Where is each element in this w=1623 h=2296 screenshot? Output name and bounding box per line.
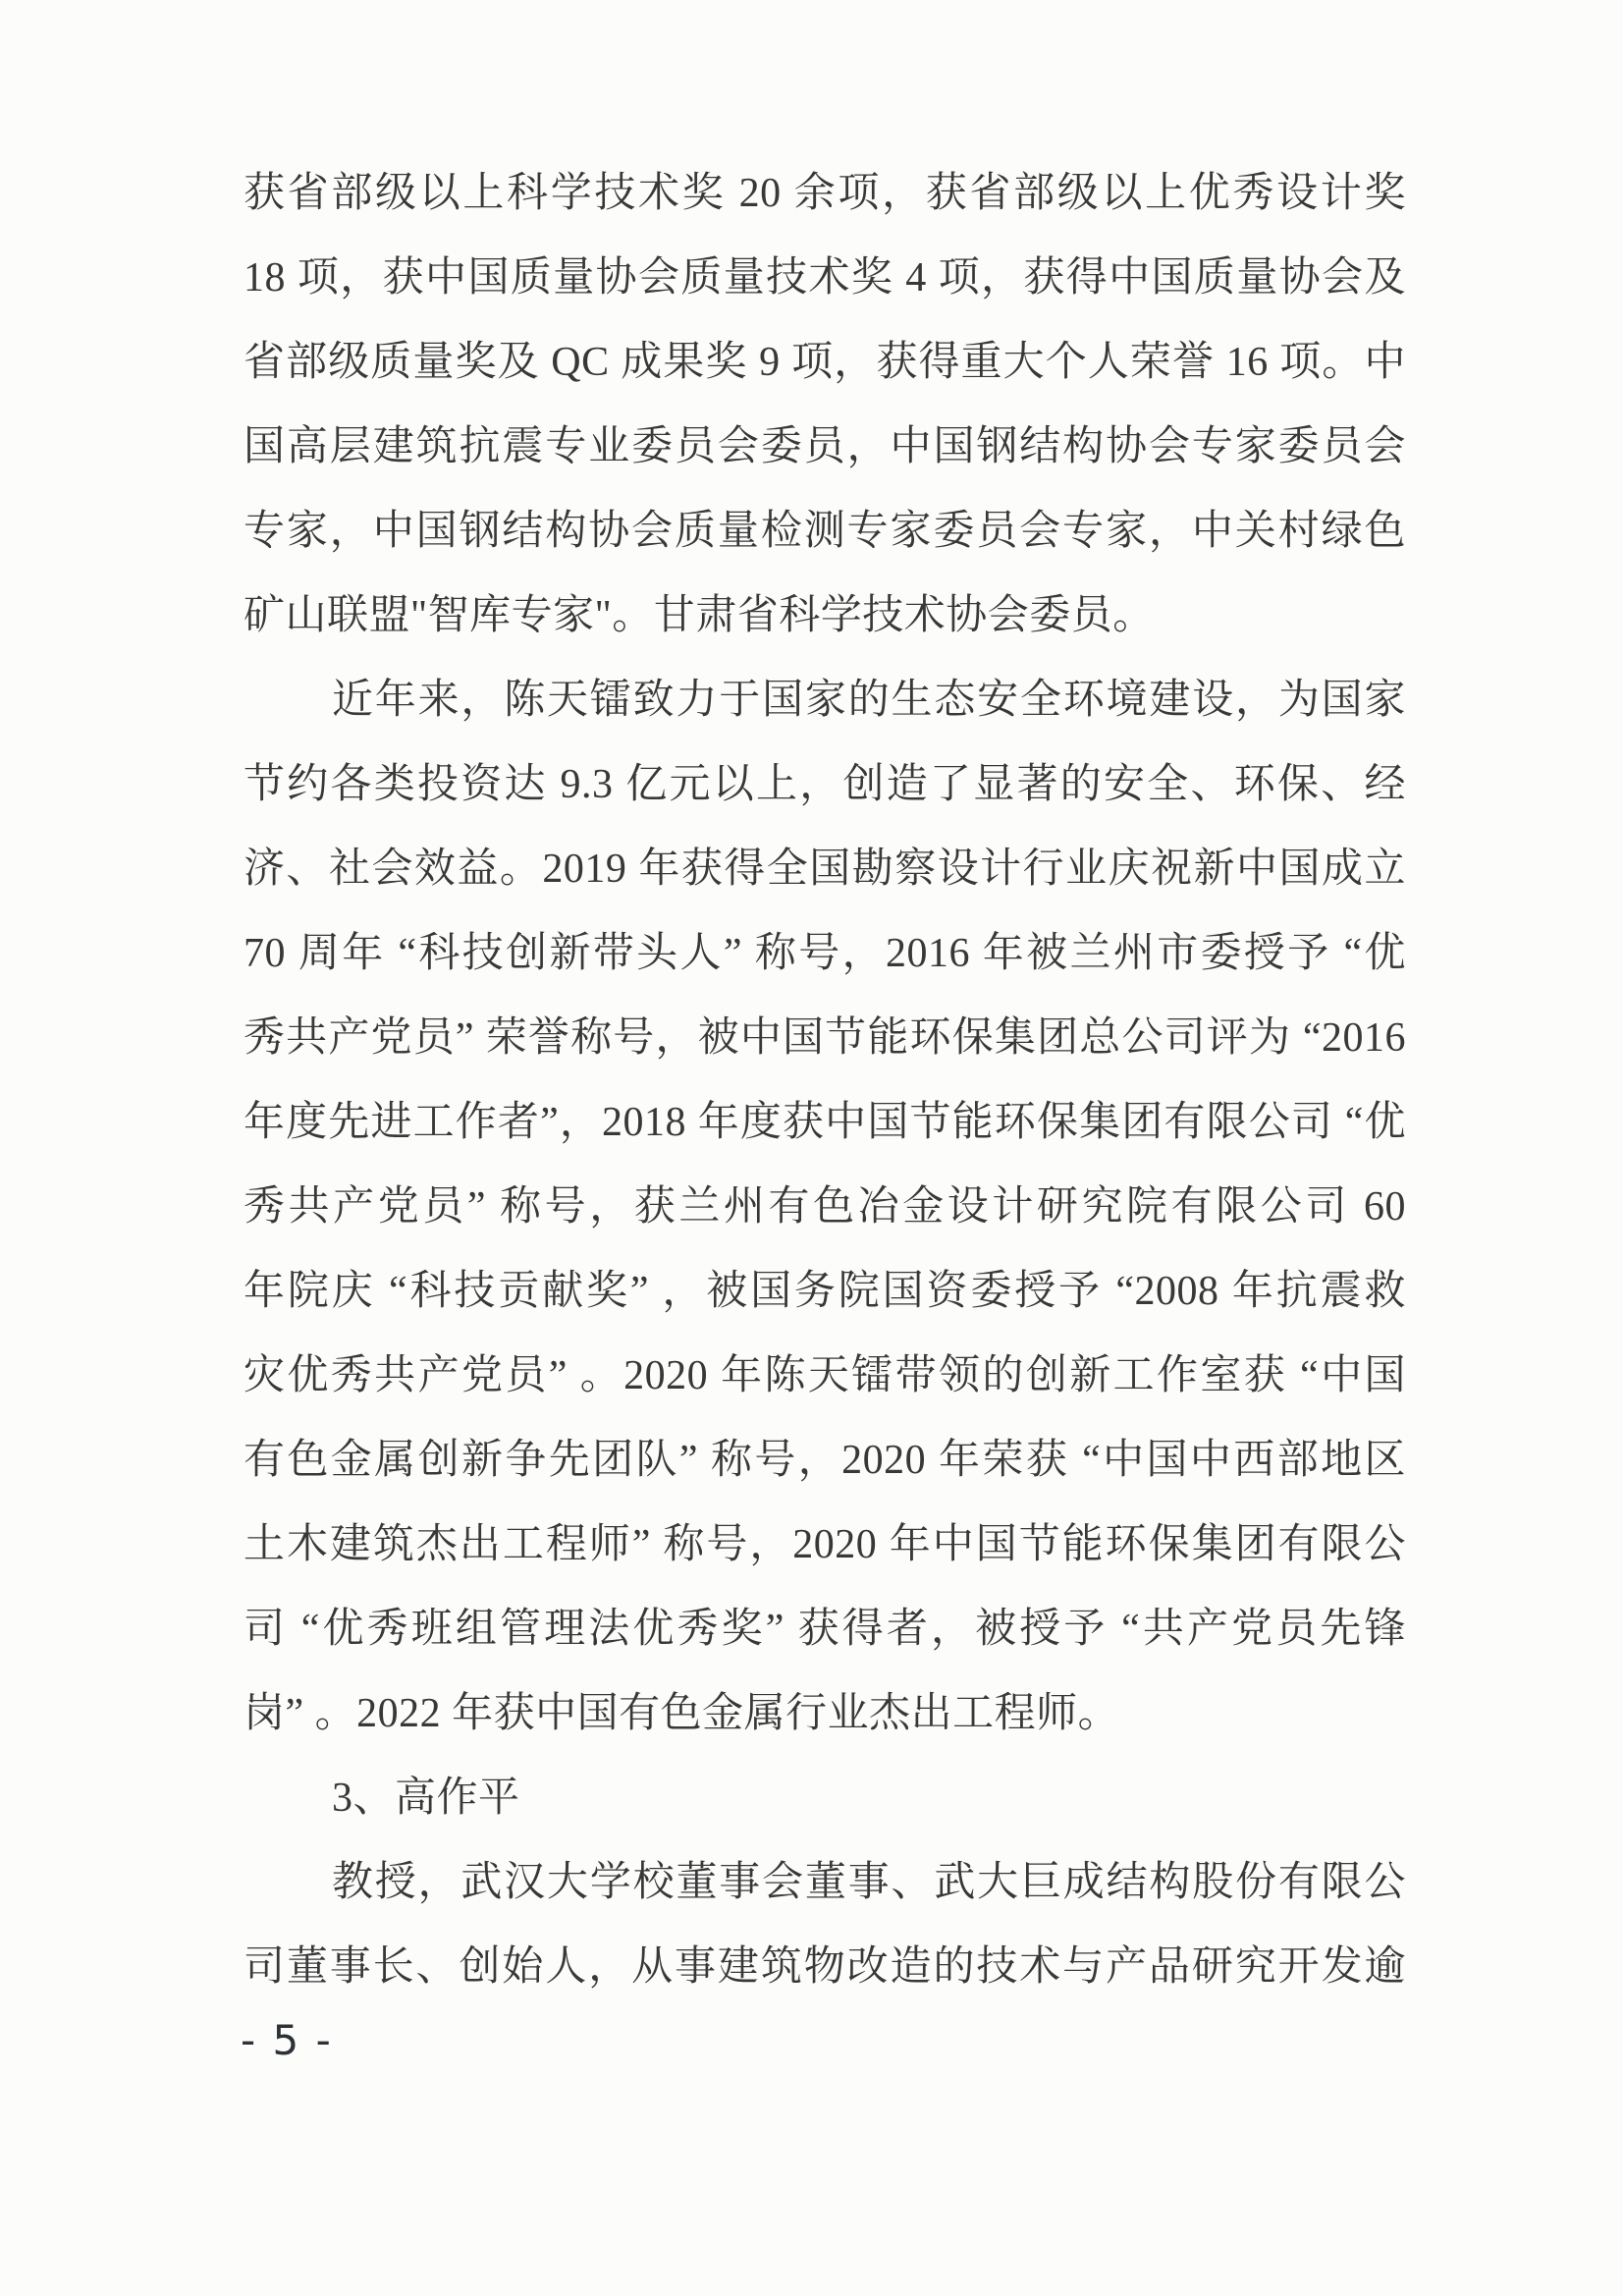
text-line: 秀共产党员” 称号，获兰州有色冶金设计研究院有限公司 60 [243, 1165, 1406, 1249]
text-line: 年院庆 “科技贡献奖” ，被国务院国资委授予 “2008 年抗震救 [243, 1249, 1406, 1334]
text-line: 土木建筑杰出工程师” 称号，2020 年中国节能环保集团有限公 [243, 1503, 1406, 1587]
text-line: 3、高作平 [243, 1756, 1406, 1840]
text-line: 教授，武汉大学校董事会董事、武大巨成结构股份有限公 [243, 1840, 1406, 1925]
text-line: 矿山联盟"智库专家"。甘肃省科学技术协会委员。 [243, 574, 1406, 658]
text-line: 节约各类投资达 9.3 亿元以上，创造了显著的安全、环保、经 [243, 742, 1406, 827]
text-line: 国高层建筑抗震专业委员会委员，中国钢结构协会专家委员会 [243, 405, 1406, 489]
text-line: 18 项，获中国质量协会质量技术奖 4 项，获得中国质量协会及 [243, 236, 1406, 320]
text-line: 年度先进工作者”，2018 年度获中国节能环保集团有限公司 “优 [243, 1080, 1406, 1165]
text-line: 专家，中国钢结构协会质量检测专家委员会专家，中关村绿色 [243, 489, 1406, 574]
text-line: 司 “优秀班组管理法优秀奖” 获得者，被授予 “共产党员先锋 [243, 1587, 1406, 1671]
text-line: 岗” 。2022 年获中国有色金属行业杰出工程师。 [243, 1671, 1406, 1756]
text-line: 省部级质量奖及 QC 成果奖 9 项，获得重大个人荣誉 16 项。中 [243, 320, 1406, 405]
text-line: 获省部级以上科学技术奖 20 余项，获省部级以上优秀设计奖 [243, 151, 1406, 236]
page-number: - 5 - [241, 2019, 333, 2062]
text-line: 70 周年 “科技创新带头人” 称号，2016 年被兰州市委授予 “优 [243, 911, 1406, 996]
text-line: 济、社会效益。2019 年获得全国勘察设计行业庆祝新中国成立 [243, 827, 1406, 911]
text-line: 灾优秀共产党员” 。2020 年陈天镭带领的创新工作室获 “中国 [243, 1334, 1406, 1418]
document-page: 获省部级以上科学技术奖 20 余项，获省部级以上优秀设计奖18 项，获中国质量协… [0, 0, 1623, 2296]
body-text: 获省部级以上科学技术奖 20 余项，获省部级以上优秀设计奖18 项，获中国质量协… [243, 151, 1406, 2009]
text-line: 秀共产党员” 荣誉称号，被中国节能环保集团总公司评为 “2016 [243, 996, 1406, 1080]
text-line: 有色金属创新争先团队” 称号，2020 年荣获 “中国中西部地区 [243, 1418, 1406, 1503]
text-line: 近年来，陈天镭致力于国家的生态安全环境建设，为国家 [243, 658, 1406, 742]
text-line: 司董事长、创始人，从事建筑物改造的技术与产品研究开发逾 [243, 1925, 1406, 2009]
